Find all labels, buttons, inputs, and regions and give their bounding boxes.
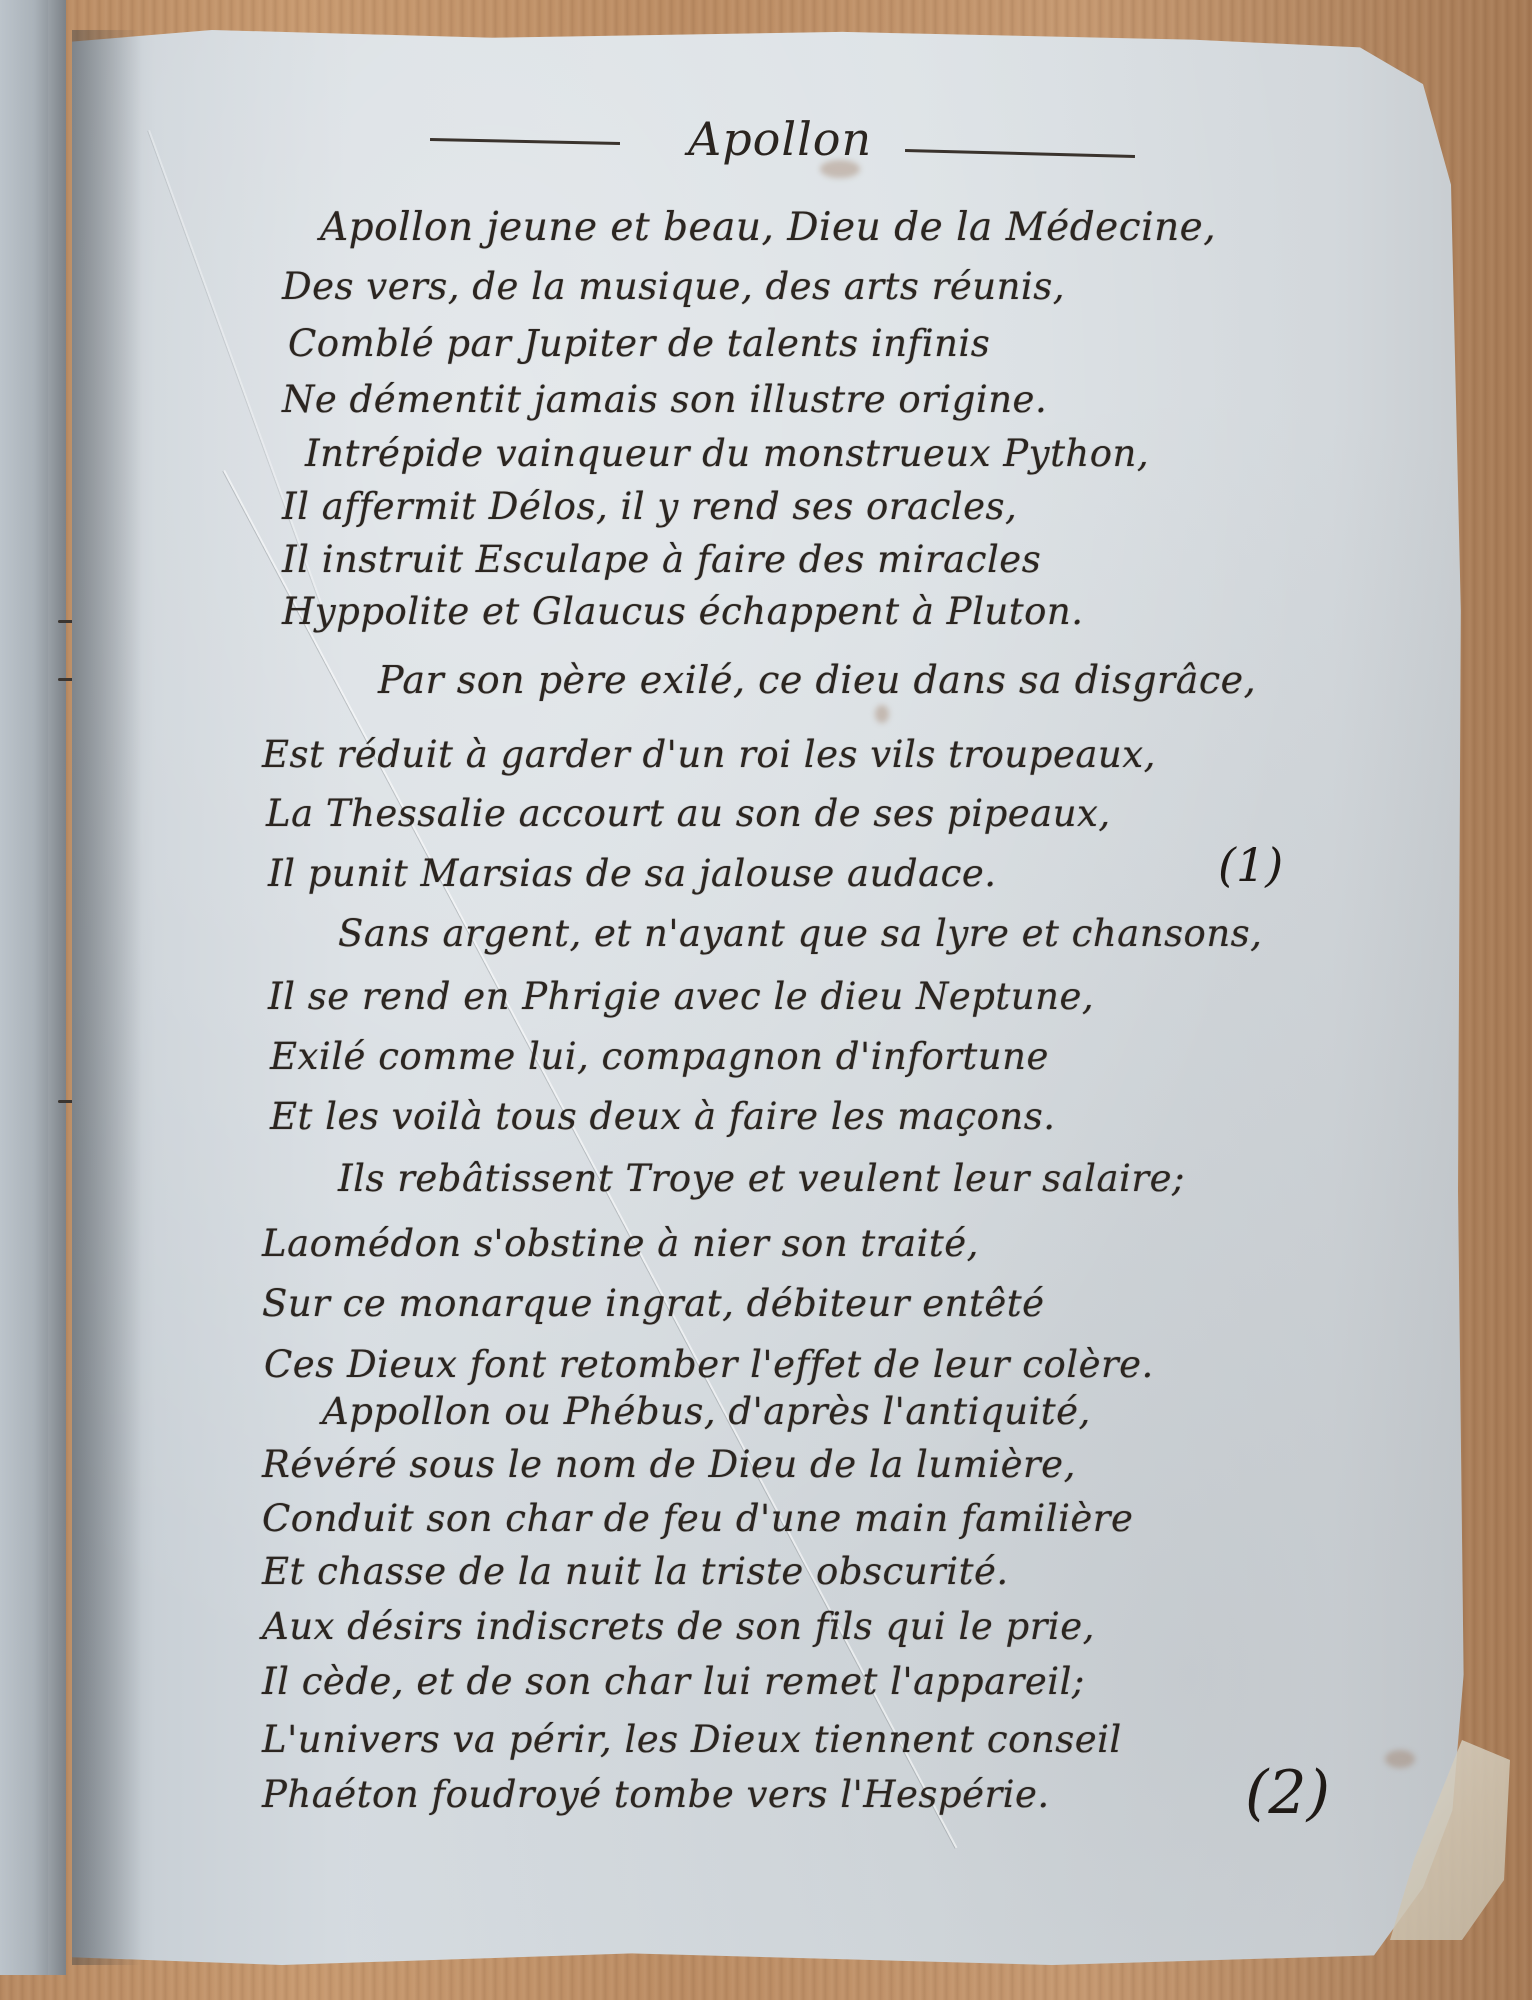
page-title: Apollon [688,112,872,166]
verse-line: Il se rend en Phrigie avec le dieu Neptu… [268,975,1094,1018]
verse-line: Sur ce monarque ingrat, débiteur entêté [262,1282,1045,1325]
verse-line: L'univers va périr, les Dieux tiennent c… [262,1718,1122,1761]
verse-line: Ces Dieux font retomber l'effet de leur … [264,1343,1154,1386]
verse-line: Hyppolite et Glaucus échappent à Pluton. [282,590,1083,633]
verse-line: Exilé comme lui, compagnon d'infortune [270,1035,1049,1078]
footnote-marker-2: (2) [1245,1758,1330,1828]
verse-line: Et les voilà tous deux à faire les maçon… [270,1095,1056,1138]
verse-line: Il cède, et de son char lui remet l'appa… [262,1660,1085,1703]
verse-line: Apollon jeune et beau, Dieu de la Médeci… [320,205,1216,250]
title-block: Apollon [430,112,1150,172]
poem: Apollon Apollon jeune et beau, Dieu de l… [0,0,1532,2000]
verse-line: Ils rebâtissent Troye et veulent leur sa… [338,1157,1185,1200]
verse-line: Appollon ou Phébus, d'après l'antiquité, [322,1390,1091,1433]
verse-line: Aux désirs indiscrets de son fils qui le… [262,1605,1095,1648]
verse-line: Sans argent, et n'ayant que sa lyre et c… [338,912,1262,955]
verse-line: Est réduit à garder d'un roi les vils tr… [262,733,1156,776]
verse-line: Des vers, de la musique, des arts réunis… [282,265,1065,308]
verse-line: Intrépide vainqueur du monstrueux Python… [305,432,1149,475]
verse-line: Il punit Marsias de sa jalouse audace. [268,852,997,895]
verse-line: Conduit son char de feu d'une main famil… [262,1497,1133,1540]
verse-line: Comblé par Jupiter de talents infinis [288,322,990,365]
verse-line: Révéré sous le nom de Dieu de la lumière… [262,1443,1076,1486]
verse-line: Par son père exilé, ce dieu dans sa disg… [378,658,1256,702]
title-rule-right [905,149,1135,158]
verse-line: Il instruit Esculape à faire des miracle… [282,538,1041,581]
footnote-marker-1: (1) [1218,838,1283,892]
verse-line: Laomédon s'obstine à nier son traité, [262,1222,979,1265]
verse-line: La Thessalie accourt au son de ses pipea… [266,792,1111,835]
title-rule-left [430,138,620,145]
verse-line: Il affermit Délos, il y rend ses oracles… [282,485,1017,528]
verse-line: Ne démentit jamais son illustre origine. [282,378,1047,421]
verse-line: Et chasse de la nuit la triste obscurité… [262,1550,1009,1593]
verse-line: Phaéton foudroyé tombe vers l'Hespérie. [262,1773,1050,1816]
